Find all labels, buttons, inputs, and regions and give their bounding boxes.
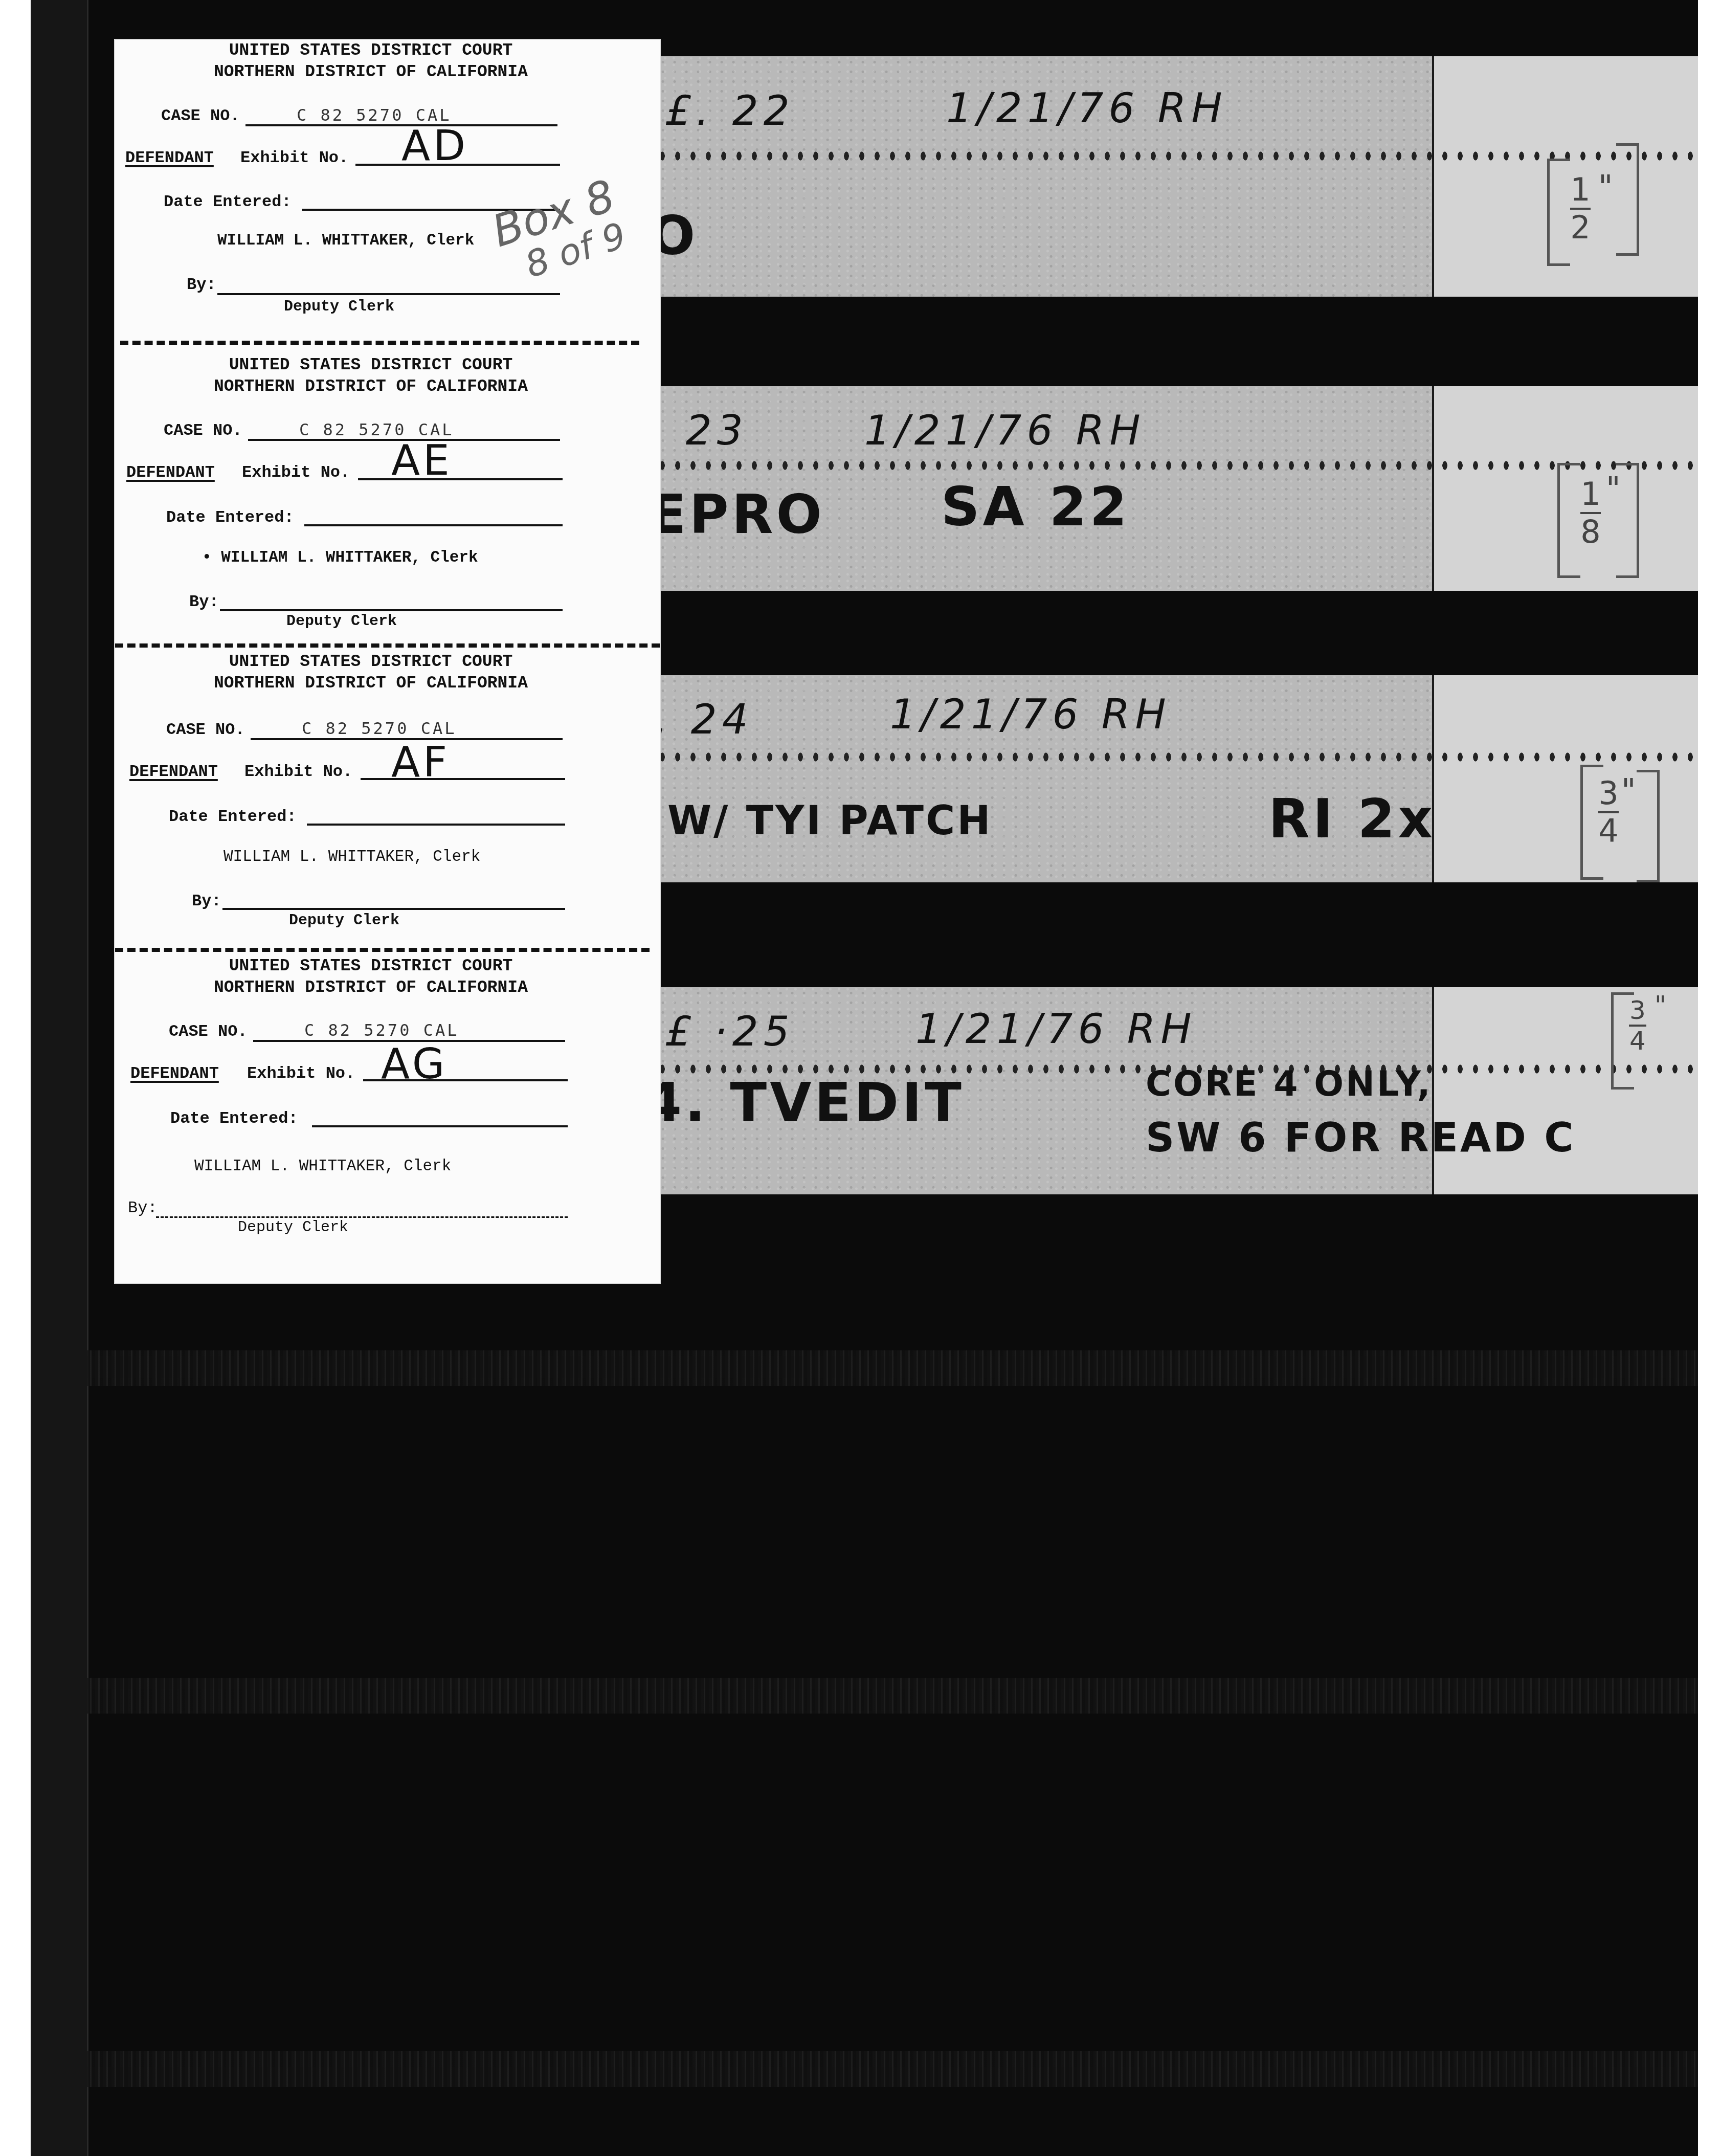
perforation-divider (120, 341, 639, 345)
tape-extra-text: CORE 4 ONLY, (1146, 1064, 1432, 1104)
court-line-2: NORTHERN DISTRICT OF CALIFORNIA (115, 61, 627, 83)
exhibit-number: AD (401, 122, 468, 170)
tape-main-text: EPRO (650, 483, 825, 546)
tape-id-note: £ ·25 (665, 1008, 795, 1055)
clerk-name: WILLIAM L. WHITTAKER, Clerk (217, 232, 474, 250)
exhibit-label: UNITED STATES DISTRICT COURT NORTHERN DI… (115, 651, 660, 958)
exhibit-number-line (358, 478, 563, 480)
tape-main-text: 4. TVEDIT (644, 1072, 965, 1134)
tape-length-fraction: 3 4 (1629, 997, 1646, 1054)
date-entered-label: Date Entered: (170, 1109, 298, 1128)
court-line-2: NORTHERN DISTRICT OF CALIFORNIA (115, 376, 627, 397)
by-label: By: (189, 592, 219, 611)
tape-date-note: 1/21/76 RH (864, 407, 1146, 454)
court-name: UNITED STATES DISTRICT COURT NORTHERN DI… (115, 40, 627, 83)
tape-length-fraction: 1 8 (1580, 478, 1601, 548)
exhibit-number: AE (391, 436, 453, 485)
exhibit-label-text: Exhibit No. (242, 463, 350, 482)
case-label: CASE NO. (161, 106, 240, 125)
fraction-denominator: 8 (1580, 516, 1601, 548)
binder-texture (87, 1678, 1698, 1714)
exhibit-label: UNITED STATES DISTRICT COURT NORTHERN DI… (115, 40, 660, 347)
exhibit-label: UNITED STATES DISTRICT COURT NORTHERN DI… (115, 955, 660, 1262)
court-name: UNITED STATES DISTRICT COURT NORTHERN DI… (115, 955, 627, 998)
party-label: DEFENDANT (126, 463, 215, 482)
court-line-1: UNITED STATES DISTRICT COURT (115, 354, 627, 376)
fraction-denominator: 4 (1629, 1028, 1646, 1054)
party-label: DEFENDANT (125, 148, 214, 167)
date-entered-line (307, 824, 565, 826)
inch-mark: " (1655, 992, 1666, 1018)
fraction-denominator: 4 (1598, 815, 1619, 847)
by-label: By: (128, 1198, 158, 1217)
exhibit-label-sheet: UNITED STATES DISTRICT COURT NORTHERN DI… (115, 40, 660, 1283)
tape-id-note: £. 22 (665, 87, 795, 135)
inch-mark: " (1621, 775, 1636, 807)
perforation-divider (115, 948, 650, 952)
length-bracket-left (1557, 463, 1580, 578)
date-entered-label: Date Entered: (164, 192, 292, 211)
sprocket-holes (655, 460, 1698, 471)
deputy-clerk-label: Deputy Clerk (286, 613, 397, 630)
case-label: CASE NO. (169, 1022, 248, 1041)
signature-line (156, 1216, 568, 1218)
court-line-2: NORTHERN DISTRICT OF CALIFORNIA (115, 977, 627, 998)
court-line-1: UNITED STATES DISTRICT COURT (115, 955, 627, 977)
length-bracket-right (1616, 463, 1639, 578)
party-label: DEFENDANT (129, 762, 218, 781)
length-bracket-right (1637, 770, 1660, 882)
exhibit-label-text: Exhibit No. (240, 148, 348, 167)
signature-line (217, 293, 560, 295)
party-label: DEFENDANT (130, 1064, 219, 1083)
tape-id-note: . 24 (655, 696, 753, 743)
exhibit-label-text: Exhibit No. (247, 1064, 355, 1083)
paper-tape-strip: . 23 1/21/76 RH EPRO SA 22 1 8 " (655, 386, 1698, 591)
binder-texture (87, 1350, 1698, 1386)
case-label: CASE NO. (166, 720, 245, 739)
paper-tape-strip: £ ·25 1/21/76 RH 4. TVEDIT CORE 4 ONLY, … (655, 987, 1698, 1194)
exhibit-number: AG (381, 1040, 448, 1088)
fraction-numerator: 3 (1629, 997, 1646, 1023)
perforation-divider (115, 643, 660, 648)
clerk-name: WILLIAM L. WHITTAKER, Clerk (223, 848, 480, 866)
court-name: UNITED STATES DISTRICT COURT NORTHERN DI… (115, 651, 627, 694)
deputy-clerk-label: Deputy Clerk (289, 912, 399, 929)
deputy-clerk-label: Deputy Clerk (238, 1219, 348, 1236)
sprocket-holes (655, 151, 1698, 161)
signature-line (220, 609, 563, 611)
tape-main-text: W/ TYI PATCH (667, 798, 993, 844)
tape-length-fraction: 3 4 (1598, 777, 1619, 847)
signature-line (222, 908, 565, 910)
date-entered-line (304, 524, 563, 526)
fraction-denominator: 2 (1570, 212, 1591, 243)
date-entered-label: Date Entered: (166, 508, 294, 527)
exhibit-label: UNITED STATES DISTRICT COURT NORTHERN DI… (115, 354, 660, 661)
tape-extra-text: RI 2x (1268, 788, 1436, 850)
length-bracket-right (1616, 143, 1639, 256)
tape-date-note: 1/21/76 RH (915, 1005, 1197, 1053)
sprocket-holes (655, 752, 1698, 762)
paper-tape-strip: £. 22 1/21/76 RH O 1 2 " (655, 56, 1698, 297)
court-name: UNITED STATES DISTRICT COURT NORTHERN DI… (115, 354, 627, 397)
by-label: By: (187, 275, 216, 294)
binder-texture (87, 2051, 1698, 2087)
case-number: C 82 5270 CAL (302, 719, 456, 738)
exhibit-number: AF (391, 738, 450, 787)
case-number: C 82 5270 CAL (304, 1020, 459, 1040)
tape-length-fraction: 1 2 (1570, 174, 1591, 243)
fraction-numerator: 1 (1570, 174, 1591, 206)
tape-date-note: 1/21/76 RH (946, 84, 1227, 132)
deputy-clerk-label: Deputy Clerk (284, 298, 394, 316)
tape-id-note: . 23 (650, 407, 748, 454)
tape-extra-text-2: SW 6 FOR READ C (1146, 1115, 1575, 1161)
length-bracket-left (1547, 159, 1570, 266)
fraction-numerator: 3 (1598, 777, 1619, 809)
tape-date-note: 1/21/76 RH (890, 691, 1171, 738)
date-entered-label: Date Entered: (169, 807, 297, 826)
binder-spine (31, 0, 88, 2156)
tape-extra-text: SA 22 (941, 476, 1130, 538)
date-entered-line (312, 1125, 568, 1127)
court-line-1: UNITED STATES DISTRICT COURT (115, 651, 627, 673)
clerk-name: WILLIAM L. WHITTAKER, Clerk (194, 1158, 451, 1175)
inch-mark: " (1598, 171, 1613, 203)
court-line-1: UNITED STATES DISTRICT COURT (115, 40, 627, 61)
case-label: CASE NO. (164, 421, 242, 440)
paper-tape-strip: . 24 1/21/76 RH W/ TYI PATCH RI 2x 3 4 " (655, 675, 1698, 882)
court-line-2: NORTHERN DISTRICT OF CALIFORNIA (115, 673, 627, 694)
clerk-name: • WILLIAM L. WHITTAKER, Clerk (202, 549, 478, 567)
exhibit-label-text: Exhibit No. (244, 762, 352, 781)
fraction-numerator: 1 (1580, 478, 1601, 510)
by-label: By: (192, 892, 221, 910)
